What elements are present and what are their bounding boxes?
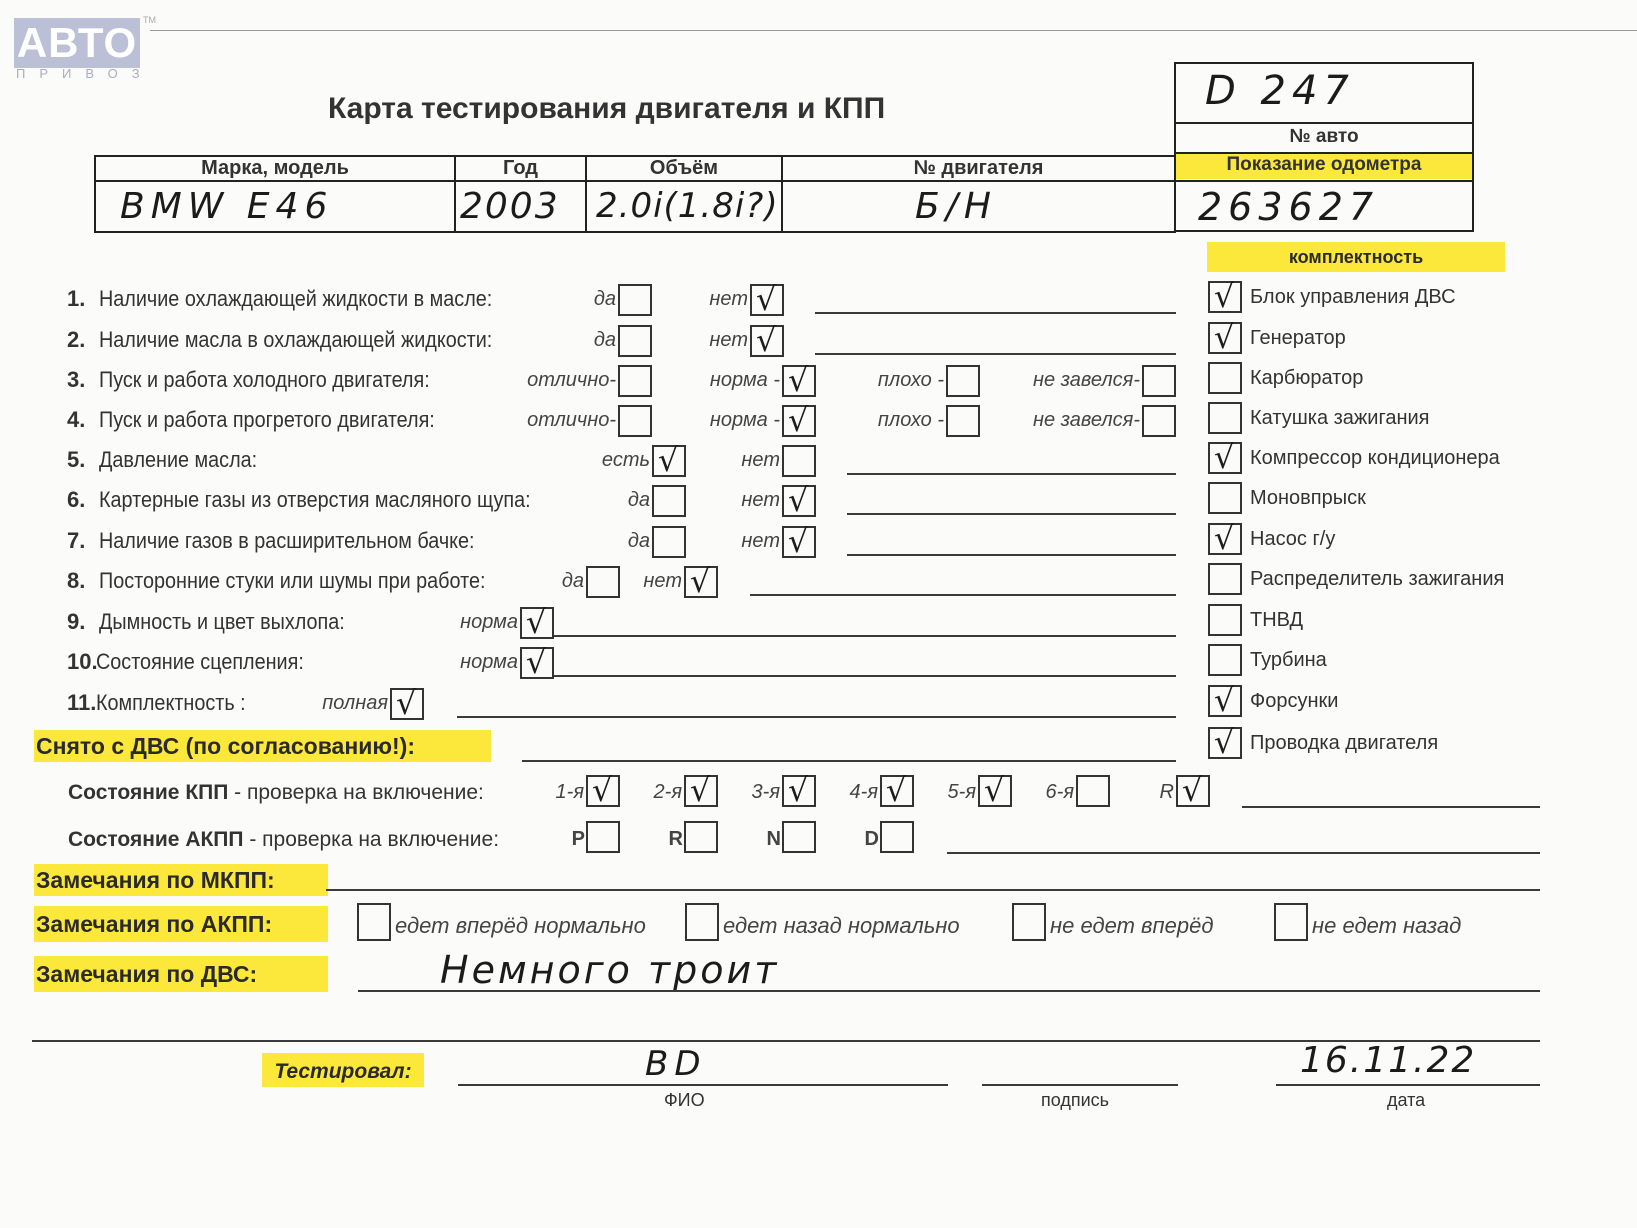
gear-label: 1-я bbox=[556, 781, 584, 804]
completeness-checkbox[interactable] bbox=[1208, 685, 1242, 717]
completeness-checkbox[interactable] bbox=[1208, 482, 1242, 514]
col-make-model: Марка, модель bbox=[96, 157, 454, 180]
volume-value[interactable]: 2.0i(1.8i?) bbox=[596, 186, 779, 226]
completeness-item-label: Карбюратор bbox=[1250, 367, 1363, 390]
completeness-checkbox[interactable] bbox=[1208, 563, 1242, 595]
gear-label: 2-я bbox=[654, 781, 682, 804]
checklist-checkbox[interactable] bbox=[750, 284, 784, 316]
mode-label: P bbox=[572, 828, 585, 851]
brand-logo: АВТО bbox=[14, 18, 140, 68]
checklist-checkbox[interactable] bbox=[782, 485, 816, 517]
akpp-remark-label: едет назад нормально bbox=[723, 913, 960, 939]
option-label: нет bbox=[741, 530, 780, 553]
date-line bbox=[1276, 1084, 1540, 1086]
gear-label: 5-я bbox=[948, 781, 976, 804]
checklist-item-label: Наличие масла в охлаждающей жидкости: bbox=[99, 327, 492, 353]
checklist-checkbox[interactable] bbox=[782, 365, 816, 397]
completeness-item-label: Форсунки bbox=[1250, 690, 1338, 713]
checklist-item-label: Посторонние стуки или шумы при работе: bbox=[99, 568, 485, 594]
manual-gearbox-label: Состояние КПП - проверка на включение: bbox=[68, 781, 484, 805]
mode-label: R bbox=[669, 828, 683, 851]
checklist-notes-line[interactable] bbox=[554, 635, 1176, 637]
mode-checkbox[interactable] bbox=[880, 821, 914, 853]
engine-remarks-value[interactable]: Немного троит bbox=[440, 948, 779, 992]
manual-gearbox-notes-line[interactable] bbox=[1242, 806, 1540, 808]
akpp-remarks-label: Замечания по АКПП: bbox=[34, 906, 328, 942]
option-label: норма - bbox=[710, 369, 780, 392]
checklist-notes-line[interactable] bbox=[554, 675, 1176, 677]
mode-checkbox[interactable] bbox=[782, 821, 816, 853]
brand-logo-subtitle: ПРИВОЗ bbox=[16, 66, 154, 81]
date-caption: дата bbox=[1387, 1090, 1425, 1111]
odometer-label: Показание одометра bbox=[1176, 154, 1472, 179]
gear-label: R bbox=[1160, 781, 1174, 804]
checklist-notes-line[interactable] bbox=[457, 716, 1176, 718]
mode-checkbox[interactable] bbox=[586, 821, 620, 853]
completeness-checkbox[interactable] bbox=[1208, 362, 1242, 394]
option-label: нет bbox=[709, 288, 748, 311]
engine-number-value[interactable]: Б/Н bbox=[915, 186, 997, 227]
checklist-notes-line[interactable] bbox=[815, 353, 1176, 355]
checklist-item-label: Состояние сцепления: bbox=[96, 649, 304, 675]
car-number-value[interactable]: D 247 bbox=[1205, 68, 1355, 114]
signature-caption: подпись bbox=[1041, 1090, 1109, 1111]
option-label: отлично- bbox=[527, 409, 616, 432]
akpp-remark-label: не едет вперёд bbox=[1050, 913, 1214, 939]
checklist-item-number: 10. bbox=[67, 649, 98, 675]
completeness-item-label: Насос г/у bbox=[1250, 528, 1335, 551]
option-label: да bbox=[562, 570, 584, 593]
checklist-notes-line[interactable] bbox=[847, 473, 1176, 475]
name-caption: ФИО bbox=[664, 1090, 705, 1111]
trademark-mark: TM bbox=[143, 15, 156, 25]
checklist-checkbox[interactable] bbox=[684, 566, 718, 598]
option-label: да bbox=[628, 530, 650, 553]
option-label: отлично- bbox=[527, 369, 616, 392]
mode-checkbox[interactable] bbox=[684, 821, 718, 853]
checklist-item-label: Наличие газов в расширительном бачке: bbox=[99, 528, 475, 554]
akpp-remark-checkbox[interactable] bbox=[1274, 903, 1308, 941]
checklist-item-number: 6. bbox=[67, 487, 85, 513]
odometer-value[interactable]: 263627 bbox=[1198, 185, 1379, 229]
option-label: да bbox=[628, 489, 650, 512]
option-label: не завелся- bbox=[1033, 409, 1140, 432]
checklist-checkbox[interactable] bbox=[1142, 365, 1176, 397]
checklist-item-number: 5. bbox=[67, 447, 85, 473]
checklist-checkbox[interactable] bbox=[652, 485, 686, 517]
car-number-label: № авто bbox=[1176, 126, 1472, 148]
checklist-checkbox[interactable] bbox=[390, 688, 424, 720]
checklist-item-label: Наличие охлаждающей жидкости в масле: bbox=[99, 286, 492, 312]
checklist-item-label: Дымность и цвет выхлопа: bbox=[99, 609, 345, 635]
checklist-item-number: 9. bbox=[67, 609, 85, 635]
checklist-item-number: 8. bbox=[67, 568, 85, 594]
gear-checkbox[interactable] bbox=[1076, 775, 1110, 807]
checklist-checkbox[interactable] bbox=[618, 325, 652, 357]
completeness-checkbox[interactable] bbox=[1208, 604, 1242, 636]
completeness-checkbox[interactable] bbox=[1208, 523, 1242, 555]
removed-from-engine-label: Снято с ДВС (по согласованию!): bbox=[34, 730, 491, 762]
option-label: норма bbox=[460, 611, 518, 634]
akpp-remark-checkbox[interactable] bbox=[1012, 903, 1046, 941]
completeness-item-label: Моновпрыск bbox=[1250, 487, 1366, 510]
completeness-item-label: Генератор bbox=[1250, 327, 1346, 350]
date-value[interactable]: 16.11.22 bbox=[1300, 1040, 1476, 1081]
option-label: плохо - bbox=[878, 409, 944, 432]
checklist-checkbox[interactable] bbox=[652, 445, 686, 477]
checklist-item-number: 11. bbox=[67, 690, 96, 716]
gear-checkbox[interactable] bbox=[782, 775, 816, 807]
gear-label: 6-я bbox=[1046, 781, 1074, 804]
year-value[interactable]: 2003 bbox=[460, 186, 560, 227]
completeness-item-label: Катушка зажигания bbox=[1250, 407, 1430, 430]
engine-remarks-line bbox=[358, 990, 1540, 992]
checklist-checkbox[interactable] bbox=[618, 284, 652, 316]
make-model-value[interactable]: BMW E46 bbox=[120, 186, 333, 227]
option-label: не завелся- bbox=[1033, 369, 1140, 392]
checklist-notes-line[interactable] bbox=[815, 312, 1176, 314]
completeness-checkbox[interactable] bbox=[1208, 322, 1242, 354]
checklist-notes-line[interactable] bbox=[750, 594, 1176, 596]
checklist-checkbox[interactable] bbox=[782, 445, 816, 477]
completeness-item-label: ТНВД bbox=[1250, 609, 1303, 632]
checklist-item-label: Пуск и работа холодного двигателя: bbox=[99, 367, 430, 393]
checklist-checkbox[interactable] bbox=[1142, 405, 1176, 437]
checklist-checkbox[interactable] bbox=[782, 405, 816, 437]
gear-label: 3-я bbox=[752, 781, 780, 804]
gear-checkbox[interactable] bbox=[684, 775, 718, 807]
completeness-checkbox[interactable] bbox=[1208, 281, 1242, 313]
completeness-item-label: Проводка двигателя bbox=[1250, 732, 1438, 755]
completeness-item-label: Компрессор кондиционера bbox=[1250, 447, 1500, 470]
checklist-notes-line[interactable] bbox=[847, 554, 1176, 556]
checklist-checkbox[interactable] bbox=[586, 566, 620, 598]
option-label: нет bbox=[709, 329, 748, 352]
option-label: нет bbox=[741, 489, 780, 512]
completeness-checkbox[interactable] bbox=[1208, 727, 1242, 759]
col-engine-number: № двигателя bbox=[783, 157, 1174, 180]
akpp-remark-checkbox[interactable] bbox=[685, 903, 719, 941]
completeness-item-label: Распределитель зажигания bbox=[1250, 568, 1504, 591]
col-volume: Объём bbox=[587, 157, 781, 180]
option-label: полная bbox=[322, 692, 388, 715]
checklist-item-number: 1. bbox=[67, 286, 85, 312]
option-label: нет bbox=[741, 449, 780, 472]
signature-line[interactable] bbox=[982, 1084, 1178, 1086]
checklist-item-label: Давление масла: bbox=[99, 447, 257, 473]
checklist-item-label: Картерные газы из отверстия масляного щу… bbox=[99, 487, 531, 513]
checklist-item-label: Комплектность : bbox=[96, 690, 246, 716]
akpp-remark-label: едет вперёд нормально bbox=[395, 913, 646, 939]
completeness-checkbox[interactable] bbox=[1208, 644, 1242, 676]
engine-remarks-label: Замечания по ДВС: bbox=[34, 956, 328, 992]
completeness-item-label: Турбина bbox=[1250, 649, 1327, 672]
option-label: да bbox=[594, 329, 616, 352]
checklist-checkbox[interactable] bbox=[520, 647, 554, 679]
checklist-item-label: Пуск и работа прогретого двигателя: bbox=[99, 407, 435, 433]
option-label: нет bbox=[643, 570, 682, 593]
completeness-checkbox[interactable] bbox=[1208, 442, 1242, 474]
option-label: плохо - bbox=[878, 369, 944, 392]
page-title: Карта тестирования двигателя и КПП bbox=[328, 92, 885, 126]
akpp-remark-checkbox[interactable] bbox=[357, 903, 391, 941]
checklist-checkbox[interactable] bbox=[946, 405, 980, 437]
gear-label: 4-я bbox=[850, 781, 878, 804]
top-rule bbox=[150, 30, 1637, 31]
option-label: норма bbox=[460, 651, 518, 674]
mkpp-remarks-line[interactable] bbox=[326, 889, 1540, 891]
checklist-checkbox[interactable] bbox=[750, 325, 784, 357]
checklist-checkbox[interactable] bbox=[652, 526, 686, 558]
completeness-checkbox[interactable] bbox=[1208, 402, 1242, 434]
checklist-item-number: 3. bbox=[67, 367, 85, 393]
checklist-item-number: 2. bbox=[67, 327, 85, 353]
tester-name-line bbox=[458, 1084, 948, 1086]
checklist-item-number: 7. bbox=[67, 528, 85, 554]
auto-gearbox-notes-line[interactable] bbox=[947, 852, 1540, 854]
mkpp-remarks-label: Замечания по МКПП: bbox=[34, 864, 328, 896]
completeness-item-label: Блок управления ДВС bbox=[1250, 286, 1456, 309]
checklist-notes-line[interactable] bbox=[847, 513, 1176, 515]
checklist-checkbox[interactable] bbox=[520, 607, 554, 639]
tested-by-label: Тестировал: bbox=[262, 1053, 424, 1087]
akpp-remark-label: не едет назад bbox=[1312, 913, 1461, 939]
mode-label: N bbox=[767, 828, 781, 851]
option-label: есть bbox=[602, 449, 650, 472]
col-year: Год bbox=[456, 157, 585, 180]
checklist-checkbox[interactable] bbox=[618, 405, 652, 437]
checklist-checkbox[interactable] bbox=[618, 365, 652, 397]
completeness-title: комплектность bbox=[1207, 242, 1505, 272]
option-label: норма - bbox=[710, 409, 780, 432]
mode-label: D bbox=[865, 828, 879, 851]
checklist-checkbox[interactable] bbox=[946, 365, 980, 397]
gear-checkbox[interactable] bbox=[978, 775, 1012, 807]
auto-gearbox-label: Состояние АКПП - проверка на включение: bbox=[68, 828, 499, 852]
removed-from-engine-line[interactable] bbox=[522, 760, 1176, 762]
gear-checkbox[interactable] bbox=[1176, 775, 1210, 807]
checklist-checkbox[interactable] bbox=[782, 526, 816, 558]
gear-checkbox[interactable] bbox=[880, 775, 914, 807]
checklist-item-number: 4. bbox=[67, 407, 85, 433]
gear-checkbox[interactable] bbox=[586, 775, 620, 807]
option-label: да bbox=[594, 288, 616, 311]
tester-name-value[interactable]: BD bbox=[645, 1044, 707, 1084]
